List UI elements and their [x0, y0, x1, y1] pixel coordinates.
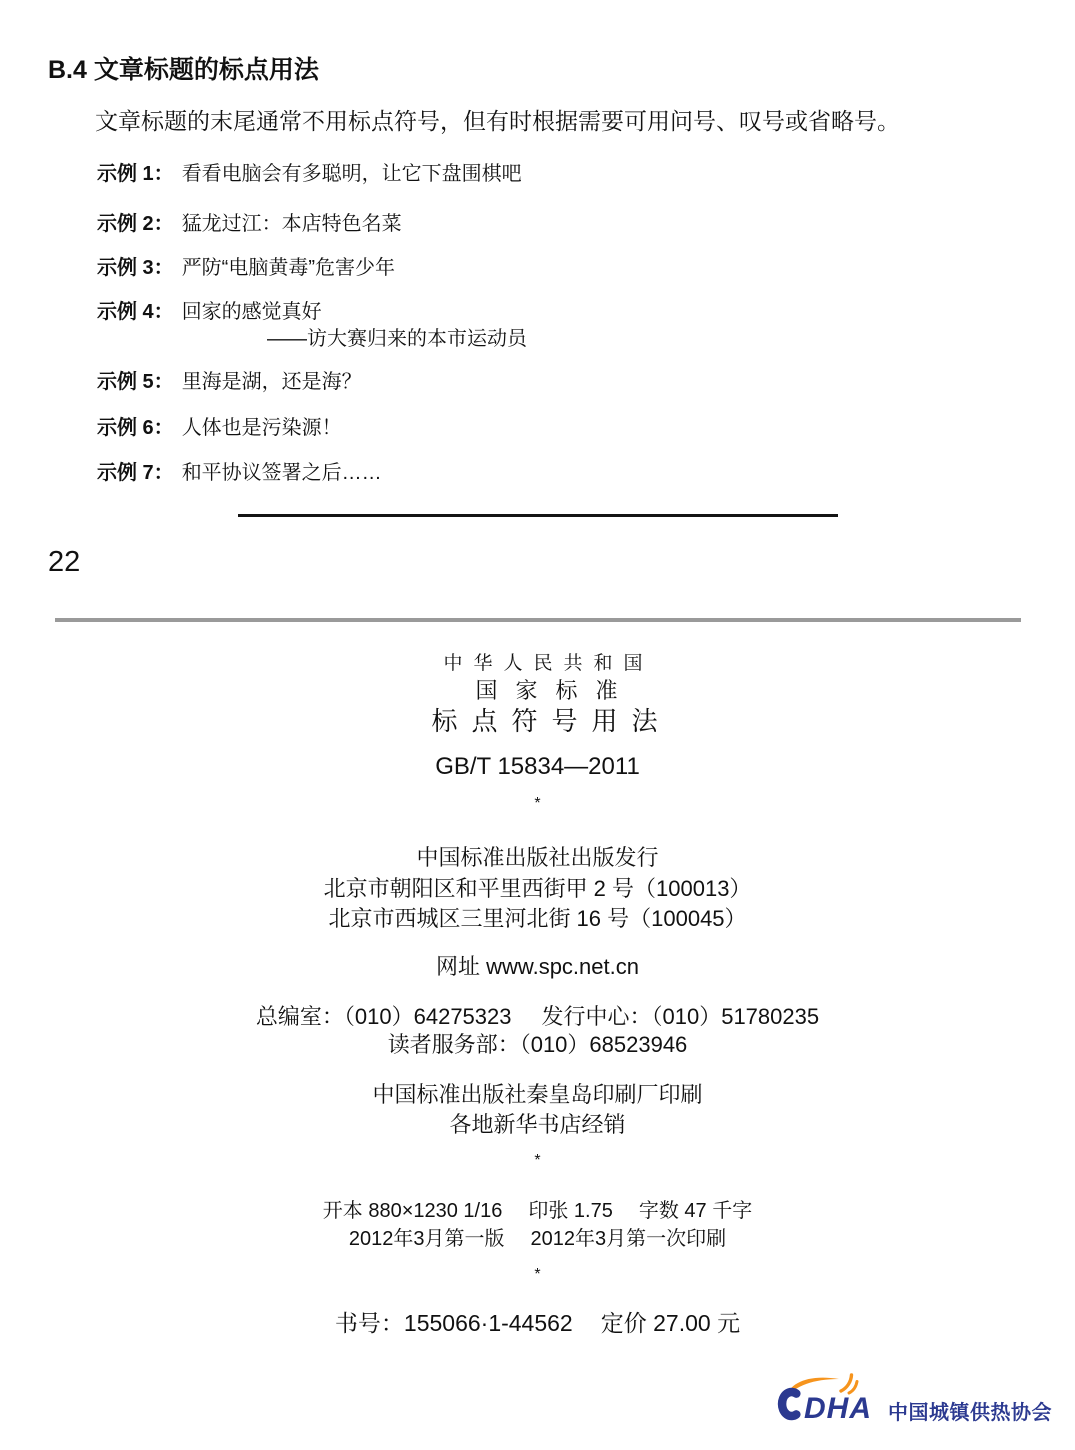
standard-number: GB/T 15834—2011: [0, 753, 1075, 781]
section-heading: B.4 文章标题的标点用法: [48, 50, 319, 86]
logo-name: 中国城镇供热协会: [888, 1396, 1052, 1425]
example-label: 示例 7：: [97, 462, 174, 484]
format-spec: 开本 880×1230 1/16: [323, 1200, 503, 1222]
page-divider: [55, 618, 1021, 622]
example-label: 示例 6：: [97, 417, 174, 439]
example-label: 示例 3：: [97, 257, 174, 279]
star-separator-2: *: [0, 1152, 1075, 1170]
edition: 2012年3月第一版: [349, 1228, 505, 1250]
logo-acronym: DHA: [804, 1392, 872, 1425]
example-text: 回家的感觉真好: [182, 301, 322, 323]
printing-run: 2012年3月第一次印刷: [531, 1228, 727, 1250]
phone-editorial-office: 总编室：（010）64275323: [256, 1004, 512, 1029]
book-number: 书号：155066·1-44562: [335, 1310, 573, 1336]
phone-line-2: 读者服务部：（010）68523946: [0, 1028, 1075, 1059]
printer-line: 中国标准出版社秦皇岛印刷厂印刷: [0, 1078, 1075, 1109]
example-text: 里海是湖，还是海？: [182, 371, 362, 393]
example-text: 和平协议签署之后……: [182, 462, 382, 484]
website-line: 网址 www.spc.net.cn: [0, 950, 1075, 981]
phone-distribution-center: 发行中心：（010）51780235: [542, 1004, 820, 1029]
format-line: 开本 880×1230 1/16印张 1.75字数 47 千字: [0, 1194, 1075, 1223]
example-text: 人体也是污染源！: [182, 417, 342, 439]
star-separator-1: *: [0, 795, 1075, 813]
example-5: 示例 5：里海是湖，还是海？: [97, 365, 362, 394]
address-line-2: 北京市西城区三里河北街 16 号（100045）: [0, 902, 1075, 933]
book-number-line: 书号：155066·1-44562定价 27.00 元: [0, 1305, 1075, 1338]
cdha-logo-mark: DHA: [775, 1372, 887, 1434]
example-text: 猛龙过江：本店特色名菜: [182, 213, 402, 235]
example-label: 示例 5：: [97, 371, 174, 393]
example-4: 示例 4：回家的感觉真好: [97, 295, 322, 324]
publisher-line: 中国标准出版社出版发行: [0, 841, 1075, 872]
colophon-country: 中华人民共和国: [0, 648, 1075, 675]
star-separator-3: *: [0, 1266, 1075, 1284]
document-page: B.4 文章标题的标点用法 文章标题的末尾通常不用标点符号，但有时根据需要可用问…: [0, 0, 1075, 1450]
cdha-logo: DHA 中国城镇供热协会: [775, 1372, 1075, 1434]
example-4-continuation: ——访大赛归来的本市运动员: [267, 322, 527, 351]
example-text: 看看电脑会有多聪明，让它下盘围棋吧: [182, 163, 522, 185]
example-1: 示例 1：看看电脑会有多聪明，让它下盘围棋吧: [97, 157, 522, 186]
footnote-rule: [238, 514, 838, 517]
intro-paragraph: 文章标题的末尾通常不用标点符号，但有时根据需要可用问号、叹号或省略号。: [95, 103, 900, 136]
example-text: 严防“电脑黄毒”危害少年: [182, 257, 395, 279]
address-line-1: 北京市朝阳区和平里西街甲 2 号（100013）: [0, 872, 1075, 903]
example-3: 示例 3：严防“电脑黄毒”危害少年: [97, 251, 395, 280]
word-count: 字数 47 千字: [639, 1200, 752, 1222]
sheet-count: 印张 1.75: [528, 1200, 612, 1222]
edition-line: 2012年3月第一版2012年3月第一次印刷: [0, 1222, 1075, 1251]
phone-line-1: 总编室：（010）64275323发行中心：（010）51780235: [0, 1000, 1075, 1031]
example-7: 示例 7：和平协议签署之后……: [97, 456, 382, 485]
colophon-standard-title: 标点符号用法: [0, 701, 1075, 738]
example-label: 示例 4：: [97, 301, 174, 323]
logo-c-icon: [782, 1392, 796, 1416]
price: 定价 27.00 元: [601, 1310, 740, 1336]
example-label: 示例 1：: [97, 163, 174, 185]
page-number: 22: [48, 546, 80, 579]
logo-wave-icon-1: [841, 1375, 852, 1391]
example-6: 示例 6：人体也是污染源！: [97, 411, 342, 440]
example-label: 示例 2：: [97, 213, 174, 235]
example-2: 示例 2：猛龙过江：本店特色名菜: [97, 207, 402, 236]
distribution-line: 各地新华书店经销: [0, 1108, 1075, 1139]
